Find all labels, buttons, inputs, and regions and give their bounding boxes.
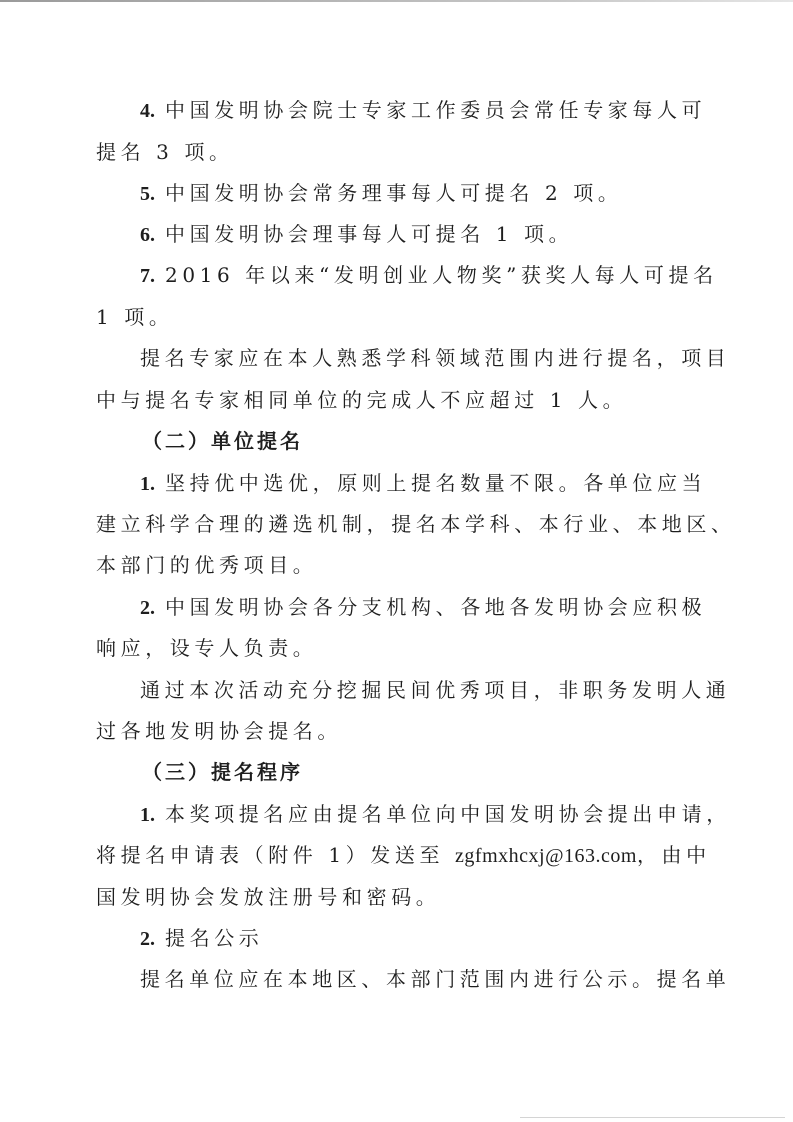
- item-7-line-1: 7.2016 年以来“发明创业人物奖”获奖人每人可提名: [140, 263, 718, 288]
- item-text: 本奖项提名应由提名单位向中国发明协会提出申请，: [165, 802, 731, 826]
- paragraph-text: 提名单位应在本地区、本部门范围内进行公示。提名单: [140, 967, 730, 991]
- item-text: 提名公示: [165, 926, 263, 950]
- item-text: 国发明协会发放注册号和密码。: [96, 885, 440, 909]
- publicity-paragraph-line-1: 提名单位应在本地区、本部门范围内进行公示。提名单: [140, 967, 730, 991]
- item-number: 2.: [140, 597, 155, 619]
- item-text: 中国发明协会院士专家工作委员会常任专家每人可: [165, 98, 706, 122]
- item-text: 中国发明协会各分支机构、各地各发明协会应积极: [165, 595, 706, 619]
- paragraph-text: 通过本次活动充分挖掘民间优秀项目，非职务发明人通: [140, 678, 730, 702]
- item-text: 中国发明协会常务理事每人可提名 2 项。: [165, 181, 622, 205]
- paragraph-text: 提名专家应在本人熟悉学科领域范围内进行提名，项目: [140, 346, 730, 370]
- heading-text: （二）单位提名: [142, 429, 303, 453]
- item-4-line-2: 提名 3 项。: [96, 140, 234, 164]
- expert-note-line-1: 提名专家应在本人熟悉学科领域范围内进行提名，项目: [140, 346, 730, 370]
- procedure-item-1-line-1: 1.本奖项提名应由提名单位向中国发明协会提出申请，: [140, 802, 731, 827]
- non-service-note-line-2: 过各地发明协会提名。: [96, 719, 342, 743]
- section-heading-unit-nomination: （二）单位提名: [142, 429, 303, 453]
- item-text: 中国发明协会理事每人可提名 1 项。: [165, 222, 573, 246]
- item-text: 将提名申请表（附件 1）发送至: [96, 843, 455, 867]
- unit-item-1-line-2: 建立科学合理的遴选机制，提名本学科、本行业、本地区、: [96, 512, 736, 536]
- unit-item-2-line-2: 响应，设专人负责。: [96, 636, 317, 660]
- item-number: 6.: [140, 224, 155, 246]
- heading-text: （三）提名程序: [142, 760, 303, 784]
- non-service-note-line-1: 通过本次活动充分挖掘民间优秀项目，非职务发明人通: [140, 678, 730, 702]
- item-number: 7.: [140, 265, 155, 287]
- item-4-line-1: 4.中国发明协会院士专家工作委员会常任专家每人可: [140, 98, 706, 123]
- item-7-line-2: 1 项。: [96, 305, 173, 329]
- item-number: 1.: [140, 804, 155, 826]
- item-text: 2016 年以来“发明创业人物奖”获奖人每人可提名: [165, 263, 718, 287]
- item-number: 4.: [140, 100, 155, 122]
- document-page: 4.中国发明协会院士专家工作委员会常任专家每人可 提名 3 项。 5.中国发明协…: [0, 0, 793, 1122]
- item-6: 6.中国发明协会理事每人可提名 1 项。: [140, 222, 573, 247]
- item-number: 1.: [140, 473, 155, 495]
- paragraph-text: 过各地发明协会提名。: [96, 719, 342, 743]
- item-5: 5.中国发明协会常务理事每人可提名 2 项。: [140, 181, 622, 206]
- expert-note-line-2: 中与提名专家相同单位的完成人不应超过 1 人。: [96, 388, 627, 412]
- item-text: 坚持优中选优，原则上提名数量不限。各单位应当: [165, 471, 706, 495]
- section-heading-nomination-procedure: （三）提名程序: [142, 760, 303, 784]
- unit-item-2-line-1: 2.中国发明协会各分支机构、各地各发明协会应积极: [140, 595, 706, 620]
- item-text: 提名 3 项。: [96, 140, 234, 164]
- item-number: 5.: [140, 183, 155, 205]
- unit-item-1-line-3: 本部门的优秀项目。: [96, 553, 317, 577]
- procedure-item-2: 2.提名公示: [140, 926, 263, 951]
- paragraph-text: 中与提名专家相同单位的完成人不应超过 1 人。: [96, 388, 627, 412]
- item-text: 响应，设专人负责。: [96, 636, 317, 660]
- item-number: 2.: [140, 928, 155, 950]
- procedure-item-1-line-2: 将提名申请表（附件 1）发送至 zgfmxhcxj@163.com，由中: [96, 843, 711, 868]
- scan-edge-bottom: [520, 1117, 785, 1118]
- email-address: zgfmxhcxj@163.com: [455, 845, 637, 867]
- item-text: 1 项。: [96, 305, 173, 329]
- item-text: 本部门的优秀项目。: [96, 553, 317, 577]
- unit-item-1-line-1: 1.坚持优中选优，原则上提名数量不限。各单位应当: [140, 471, 706, 496]
- item-text: 建立科学合理的遴选机制，提名本学科、本行业、本地区、: [96, 512, 736, 536]
- procedure-item-1-line-3: 国发明协会发放注册号和密码。: [96, 885, 440, 909]
- item-text: ，由中: [637, 843, 711, 867]
